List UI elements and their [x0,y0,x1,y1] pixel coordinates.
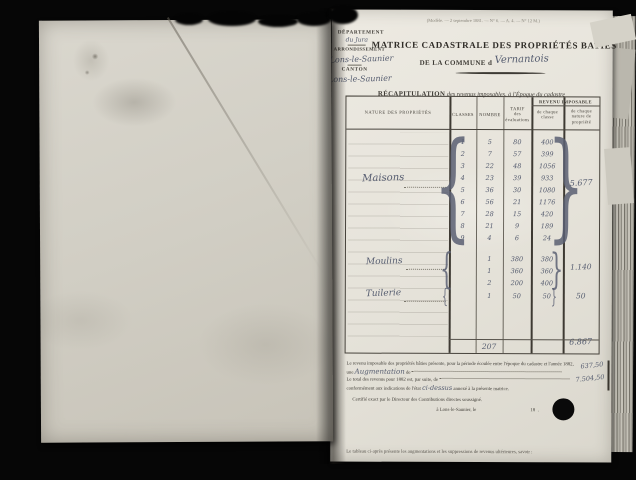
cell-tarif: 6 [503,232,531,244]
cell-nombre: 1 [476,290,503,302]
departement-value: du Jura [346,37,368,44]
cell-nombre: 5 [476,136,503,148]
cell-classe: 5 [449,184,476,196]
cell-tarif: 380 [503,253,531,265]
torn-edge [208,12,256,26]
cell-revenu: 360 [531,265,563,277]
footer-augmentation-hand: Augmentation [355,368,405,376]
footer-amount2: 7.504,50 [575,373,605,384]
cell-revenu: 1056 [531,160,563,172]
cell-tarif: 57 [503,148,531,160]
departement-label: DÉPARTEMENT [338,30,384,36]
cell-nombre: 28 [476,208,503,220]
canton-label: CANTON [342,67,368,73]
torn-paper-flap [604,147,634,205]
group-underline [531,105,599,106]
footer-place-line: à Lons-le-Saunier, le [436,408,476,413]
cell-nombre: 21 [476,220,503,232]
cell-nombre: 56 [476,196,503,208]
cell-revenu: 400 [531,136,563,148]
cell-nombre: 22 [476,160,503,172]
section-nature-moulins: Moulins [366,256,403,267]
cell-nombre: 36 [476,184,503,196]
footer-line1b-prefix: une [347,371,354,376]
section-total: 5.677 [564,177,599,191]
section-nature-maisons: Maisons [362,172,404,184]
cell-revenu: 399 [531,148,563,160]
recapitulation-table: NATURE DES PROPRIÉTÉS CLASSES NOMBRE TAR… [345,96,601,355]
cell-revenu: 1176 [531,196,563,208]
cell-tarif: 80 [503,136,531,148]
footer-line3-suffix: annexé à la présente matrice. [453,387,509,392]
dotted-leader [439,377,569,379]
cell-nombre: 1 [476,265,503,277]
page-title: MATRICE CADASTRALE DES PROPRIÉTÉS BATIES [372,40,602,51]
cell-revenu: 1080 [531,184,563,196]
cell-classe: 2 [449,148,476,160]
total-nombre: 207 [476,341,503,353]
cell-revenu: 24 [531,232,563,244]
ink-stamp-hole [552,398,574,420]
cell-tarif: 39 [503,172,531,184]
cell-tarif: 30 [503,184,531,196]
cell-classe: 1 [449,136,476,148]
torn-edge [258,16,298,27]
footer-line1b-suffix: de [406,371,411,376]
dotted-leader [404,300,446,302]
cell-revenu: 189 [531,220,563,232]
footer-line1: Le revenu imposable des propriétés bâtie… [347,362,574,368]
cell-classe: 4 [449,172,476,184]
form-reference: (Modèle. — 2 septembre 1881. — N° 6. — A… [427,18,540,23]
footer-bottom-note: Le tableau ci-après présente les augment… [346,450,532,456]
left-page-blank [39,19,333,443]
total-revenu: 6.867 [562,336,598,349]
cell-tarif: 50 [503,290,531,302]
commune-value: Vernantois [494,53,549,66]
torn-edge [175,14,203,25]
cell-revenu: 420 [531,208,563,220]
section-total: 50 [564,290,598,302]
cell-classe: 8 [449,220,476,232]
cell-revenu: 380 [531,253,563,265]
page-crease [167,17,324,274]
cell-tarif: 21 [503,196,531,208]
col-header-tarif: TARIFdesévaluations [503,106,531,122]
col-header-nombre: NOMBRE [476,112,503,118]
divider [348,45,366,46]
footer-year: 18 . [530,408,538,413]
footer-line3-prefix: conformément aux indications de l'état [346,387,420,392]
cell-revenu: 50 [531,290,563,302]
cell-nombre: 4 [476,232,503,244]
footer-line2: Le total des revenus pour 1882 est, par … [346,378,438,383]
section-total: 1.140 [564,261,598,274]
cell-tarif: 200 [503,277,531,289]
brace-left: { [440,249,454,289]
arrondissement-value: Lons-le-Saunier [329,54,393,65]
divider [348,65,362,66]
col-header-nature: NATURE DES PROPRIÉTÉS [346,110,449,116]
cell-classe: 3 [449,160,476,172]
right-page: (Modèle. — 2 septembre 1881. — N° 6. — A… [330,10,613,463]
cell-nombre: 2 [476,277,503,289]
cell-tarif: 15 [503,208,531,220]
footer-amount1: 637,50 [580,360,603,370]
dotted-leader [412,370,562,373]
cell-tarif: 9 [503,220,531,232]
torn-edge [297,13,331,26]
cell-nombre: 1 [476,253,503,265]
footer-line3-hand: ci-dessus [422,384,452,392]
cell-revenu: 933 [531,172,563,184]
cell-classe: 6 [449,196,476,208]
section-nature-tuilerie: Tuilerie [366,288,402,299]
margin-rule [607,360,609,390]
cell-tarif: 48 [503,160,531,172]
cell-tarif: 360 [503,265,531,277]
scanned-register-photo: (Modèle. — 2 septembre 1881. — N° 6. — A… [0,0,636,480]
cell-nombre: 23 [476,172,503,184]
cell-revenu: 400 [531,277,563,289]
cell-classe: 9 [449,232,476,244]
brace-left: { [442,287,448,306]
torn-edge [328,6,358,24]
cell-nombre: 7 [476,148,503,160]
footer-certify: Certifié exact par le Directeur des Cont… [352,398,482,403]
commune-label: DE LA COMMUNE d [420,59,493,67]
cell-classe: 7 [449,208,476,220]
col-header-revenu-group: REVENU IMPOSABLE [531,99,599,105]
ornamental-rule [456,72,546,74]
